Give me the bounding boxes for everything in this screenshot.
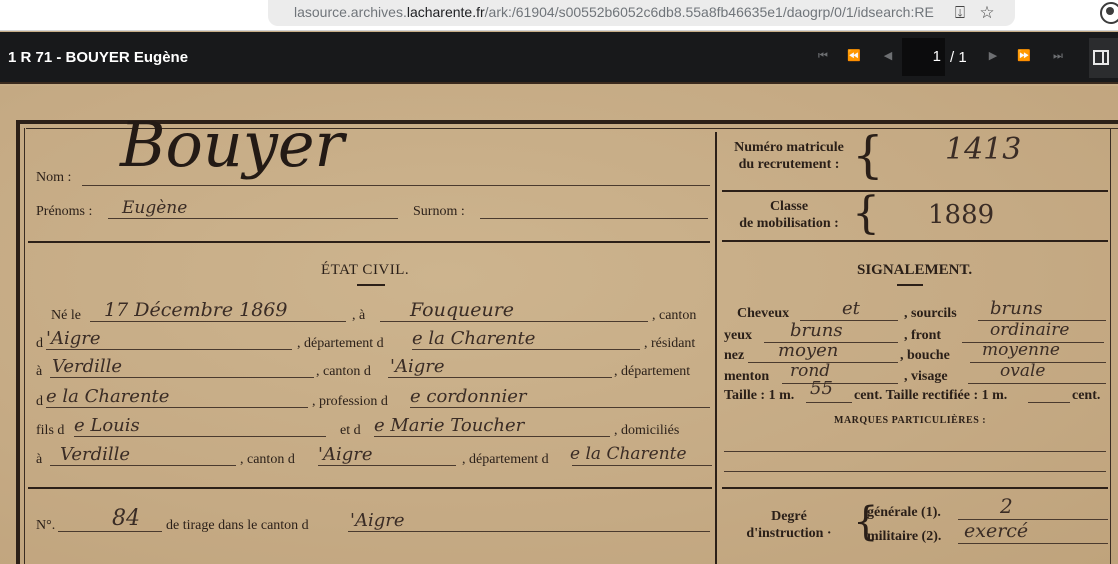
classe-label-1: Classe: [730, 199, 848, 215]
menton-label: menton: [724, 369, 769, 385]
viewer-toolbar: 1 R 71 - BOUYER Eugène ⏮ ⏪ ◀ / 1 ▶ ⏩ ⏭: [0, 32, 1118, 84]
fast-forward-icon[interactable]: ⏩: [1014, 46, 1034, 66]
yeux-label: yeux: [724, 328, 752, 344]
profession-line: [410, 407, 710, 408]
matricule-brace: {: [852, 130, 884, 180]
degre-label-1: Degré: [742, 509, 836, 525]
departement3-line: [572, 465, 712, 466]
generale-label: générale (1).: [867, 505, 941, 521]
canton2-label: , canton d: [316, 364, 371, 380]
classe-separator: [722, 240, 1108, 242]
residant-label: , résidant: [644, 336, 695, 352]
frame-inner-right: [1110, 128, 1111, 564]
ne-le-label: Né le: [51, 308, 81, 324]
domicile-line: [50, 465, 236, 466]
tirage-no-label: N°.: [36, 518, 55, 534]
star-bookmark-icon[interactable]: ☆: [977, 3, 997, 23]
ne-le-line: [90, 321, 346, 322]
side-panel-toggle-button[interactable]: [1089, 38, 1118, 78]
prenoms-line: [108, 218, 398, 219]
profession-value: e cordonnier: [410, 386, 526, 407]
page-number-input[interactable]: [902, 38, 945, 76]
visage-line: [968, 383, 1106, 384]
residant-line: [50, 377, 314, 378]
header-separator: [28, 241, 710, 243]
a-label: , à: [352, 308, 365, 324]
departement3-label: , département d: [462, 452, 549, 468]
canton2-value: 'Aigre: [390, 356, 444, 377]
de-label: d: [36, 394, 43, 410]
ne-le-value: 17 Décembre 1869: [104, 299, 287, 321]
profession-label: , profession d: [312, 394, 388, 410]
signalement-dash: [897, 284, 923, 286]
taille-line: [806, 402, 852, 403]
prenoms-value: Eugène: [122, 198, 187, 218]
last-page-icon[interactable]: ⏭: [1048, 46, 1068, 66]
sourcils-label: , sourcils: [904, 306, 957, 322]
signalement-title: SIGNALEMENT.: [857, 262, 972, 279]
d-label: d: [36, 336, 43, 352]
departement3-value: e la Charente: [570, 444, 687, 464]
cheveux-value: et: [842, 298, 860, 319]
departement2-label: , département: [614, 364, 690, 380]
matricule-label-1: Numéro matricule: [730, 140, 848, 156]
frame-inner-left: [24, 128, 25, 564]
militaire-line: [958, 543, 1108, 544]
residant-a-label: à: [36, 364, 42, 380]
first-page-icon[interactable]: ⏮: [813, 46, 833, 66]
visage-label: , visage: [904, 369, 948, 385]
previous-page-icon[interactable]: ◀: [878, 46, 898, 66]
marques-line-2: [724, 471, 1106, 472]
tirage-no-value: 84: [112, 506, 140, 531]
matricule-value: 1413: [945, 132, 1021, 167]
next-page-icon[interactable]: ▶: [983, 46, 1003, 66]
canton3-label: , canton d: [240, 452, 295, 468]
install-app-icon[interactable]: ⍗: [950, 3, 970, 23]
departement-label: , département d: [297, 336, 384, 352]
cheveux-label: Cheveux: [737, 306, 789, 322]
surnom-line: [480, 218, 708, 219]
tirage-canton-value: 'Aigre: [350, 510, 404, 531]
nom-label: Nom :: [36, 170, 71, 186]
fast-back-icon[interactable]: ⏪: [844, 46, 864, 66]
front-value: ordinaire: [990, 320, 1069, 340]
mere-line: [374, 436, 610, 437]
taille-value: 55: [810, 378, 833, 399]
taille-label: Taille : 1 m.: [724, 388, 794, 404]
matricule-label-2: du recrutement :: [730, 157, 848, 173]
browser-address-bar: lasource.archives.lacharente.fr/ark:/619…: [0, 0, 1118, 31]
domicile-a-label: à: [36, 452, 42, 468]
signalement-separator: [722, 487, 1108, 489]
nom-line: [82, 185, 710, 186]
militaire-value: exercé: [964, 520, 1028, 542]
classe-value: 1889: [928, 200, 994, 230]
etat-civil-title: ÉTAT CIVIL.: [321, 262, 409, 279]
domicilies-label: , domiciliés: [614, 423, 679, 439]
canton-value: 'Aigre: [46, 328, 100, 349]
cent-label: cent.: [1072, 388, 1100, 404]
nom-value: Bouyer: [120, 108, 344, 181]
etat-civil-dash: [357, 284, 385, 286]
taille-rectifiee-label: cent. Taille rectifiée : 1 m.: [854, 388, 1007, 404]
canton2-line: [388, 377, 612, 378]
url-field[interactable]: lasource.archives.lacharente.fr/ark:/619…: [268, 0, 1015, 26]
document-title: 1 R 71 - BOUYER Eugène: [8, 49, 188, 66]
sourcils-value: bruns: [990, 298, 1043, 319]
fils-de-label: fils d: [36, 423, 64, 439]
pere-value: e Louis: [74, 415, 140, 436]
tirage-no-line: [58, 531, 162, 532]
marques-label: MARQUES PARTICULIÈRES :: [834, 415, 986, 426]
departement-value: e la Charente: [412, 328, 535, 349]
departement2-line: [46, 407, 308, 408]
yeux-value: bruns: [790, 320, 843, 341]
matricule-separator: [722, 190, 1108, 192]
frame-left-border: [16, 120, 20, 564]
domicile-value: Verdille: [60, 444, 130, 465]
canton-label: , canton: [652, 308, 696, 324]
nez-label: nez: [724, 348, 744, 364]
nez-value: moyen: [778, 340, 838, 361]
classe-label-2: de mobilisation :: [730, 216, 848, 232]
canton-line: [46, 349, 292, 350]
tirage-label: de tirage dans le canton d: [166, 518, 309, 534]
residant-value: Verdille: [52, 356, 122, 377]
birthplace-value: Fouqueure: [410, 299, 514, 321]
marques-line-1: [724, 451, 1106, 452]
departement2-value: e la Charente: [46, 386, 169, 407]
a-line: [380, 321, 648, 322]
front-label: , front: [904, 328, 941, 344]
url-text[interactable]: lasource.archives.lacharente.fr/ark:/619…: [294, 4, 934, 20]
page-total: / 1: [950, 49, 967, 66]
canton3-value: 'Aigre: [318, 444, 372, 465]
column-divider: [715, 132, 717, 564]
surnom-label: Surnom :: [413, 204, 465, 220]
pere-line: [74, 436, 326, 437]
generale-value: 2: [1000, 494, 1013, 518]
bouche-value: moyenne: [982, 340, 1060, 360]
etat-civil-separator: [28, 487, 712, 489]
canton3-line: [318, 465, 456, 466]
bouche-label: , bouche: [900, 348, 950, 364]
document-image[interactable]: Nom : Bouyer Prénoms : Eugène Surnom : N…: [0, 86, 1118, 564]
taille-rectifiee-line: [1028, 402, 1070, 403]
profile-avatar-icon[interactable]: [1100, 2, 1118, 24]
classe-brace: {: [852, 192, 880, 236]
side-panel-icon: [1093, 50, 1109, 65]
et-de-label: et d: [340, 423, 361, 439]
menton-line: [782, 383, 898, 384]
visage-value: ovale: [1000, 361, 1045, 381]
prenoms-label: Prénoms :: [36, 204, 92, 220]
mere-value: e Marie Toucher: [374, 415, 524, 436]
degre-label-2: d'instruction ·: [742, 526, 836, 542]
militaire-label: militaire (2).: [867, 529, 941, 545]
tirage-canton-line: [348, 531, 710, 532]
departement-line: [412, 349, 640, 350]
